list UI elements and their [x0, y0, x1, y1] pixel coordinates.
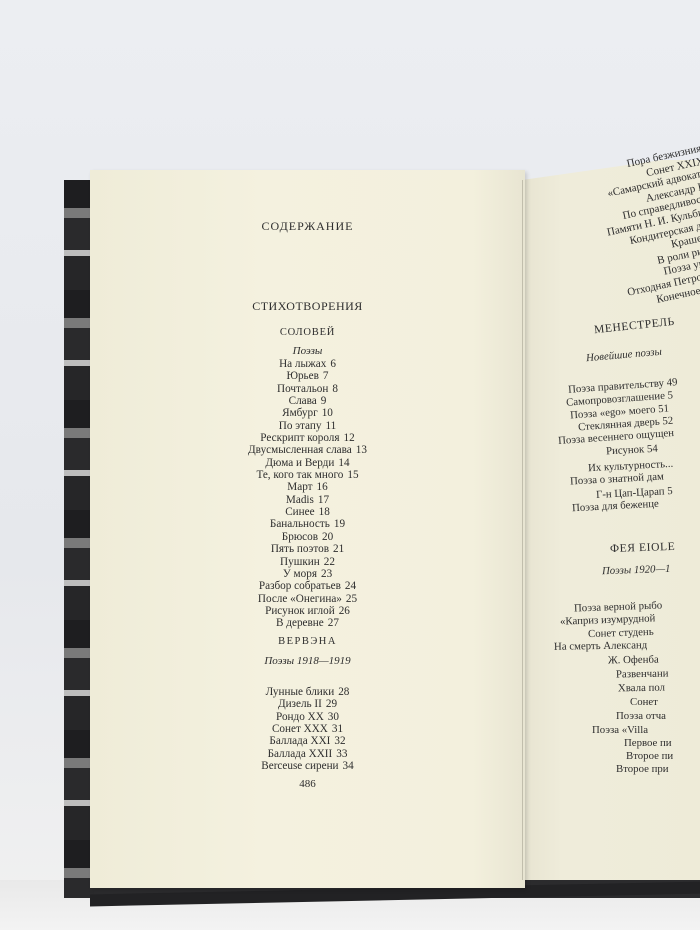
- entry-page: 11: [325, 420, 336, 432]
- cycle-subtitle: Поэзы 1918—1919: [90, 655, 525, 667]
- toc-entry: Berceuse сирени34: [90, 760, 525, 772]
- entry-title: Первое пи: [624, 737, 672, 749]
- entry-title: Развенчани: [616, 668, 669, 681]
- entry-title: Двусмысленная слава: [248, 444, 352, 456]
- toc-entry: На смерть Александ: [554, 639, 647, 653]
- toc-entry: Рисунок иглой26: [90, 605, 525, 617]
- toc-entry: Развенчани: [616, 668, 669, 681]
- entry-title: Сонет XXX: [272, 723, 328, 735]
- toc-entry: Первое пи: [624, 737, 672, 749]
- entry-page: 52: [662, 415, 674, 428]
- entry-title: Баллада XXII: [268, 748, 333, 760]
- entry-page: 13: [356, 444, 367, 456]
- entry-page: 12: [344, 432, 355, 444]
- entry-page: 31: [332, 723, 343, 735]
- entry-title: Рисунок: [606, 443, 645, 457]
- toc-entry: Пушкин22: [90, 556, 525, 568]
- entry-page: 27: [328, 617, 339, 629]
- entry-page: 49: [666, 376, 678, 389]
- toc-entry: По этапу11: [90, 420, 525, 432]
- toc-entry: У моря23: [90, 568, 525, 580]
- entry-title: Те, кого так много: [256, 469, 343, 481]
- toc-list: На лыжах6 Юрьев7 Почтальон8 Слава9 Ямбур…: [90, 358, 525, 630]
- entry-title: Пушкин: [280, 556, 320, 568]
- toc-entry: Madis17: [90, 494, 525, 506]
- section-title: СТИХОТВОРЕНИЯ: [90, 299, 525, 314]
- entry-title: Сонет: [630, 696, 658, 708]
- entry-title: Поэза отча: [616, 710, 666, 722]
- entry-title: Berceuse сирени: [261, 760, 338, 772]
- toc-entry: Сонет студень: [588, 626, 654, 640]
- toc-entry: Рондо XX30: [90, 711, 525, 723]
- toc-entry: Хвала пол: [618, 682, 665, 695]
- toc-entry: Почтальон8: [90, 383, 525, 395]
- toc-entry: Брюсов20: [90, 531, 525, 543]
- entry-page: 33: [336, 748, 347, 760]
- entry-page: 29: [326, 698, 337, 710]
- entry-page: 23: [321, 568, 332, 580]
- entry-page: 54: [647, 443, 658, 456]
- entry-title: Пять поэтов: [271, 543, 329, 555]
- toc-entry: Сонет XXX31: [90, 723, 525, 735]
- toc-entry: Ямбург10: [90, 407, 525, 419]
- entry-title: Баллада XXI: [269, 735, 330, 747]
- entry-page: 17: [318, 494, 329, 506]
- entry-page: 8: [332, 383, 338, 395]
- toc-entry: Второе при: [616, 763, 669, 775]
- entry-page: 15: [347, 469, 358, 481]
- toc-entry: Сонет: [630, 696, 658, 708]
- toc-list: Лунные блики28 Дизель II29 Рондо XX30 Со…: [90, 686, 525, 772]
- toc-entry: Поэза отча: [616, 710, 666, 722]
- entry-title: Юрьев: [286, 370, 318, 382]
- entry-title: Синее: [285, 506, 314, 518]
- cycle-title: ВЕРВЭНА: [90, 636, 525, 647]
- toc-entry: Дюма и Верди14: [90, 457, 525, 469]
- entry-title: Ямбург: [282, 407, 318, 419]
- entry-page: 5: [667, 389, 673, 401]
- entry-title: Madis: [286, 494, 314, 506]
- cycle-title: СОЛОВЕЙ: [90, 327, 525, 338]
- entry-title: Брюсов: [282, 531, 318, 543]
- entry-page: 28: [338, 686, 349, 698]
- entry-title: По этапу: [279, 420, 322, 432]
- toc-entry: Разбор собратьев24: [90, 580, 525, 592]
- entry-page: 14: [338, 457, 349, 469]
- entry-page: 25: [346, 593, 357, 605]
- entry-page: 20: [322, 531, 333, 543]
- toc-entry: Синее18: [90, 506, 525, 518]
- toc-entry: Март16: [90, 481, 525, 493]
- entry-page: 51: [658, 403, 670, 416]
- entry-title: Почтальон: [277, 383, 328, 395]
- entry-page: 19: [334, 518, 345, 530]
- cycle-subtitle: Поэзы: [90, 345, 525, 357]
- toc-header: СОДЕРЖАНИЕ: [90, 219, 525, 234]
- toc-entry: Юрьев7: [90, 370, 525, 382]
- entry-title: Второе при: [616, 763, 669, 775]
- entry-title: Рондо XX: [276, 711, 324, 723]
- toc-entry: Слава9: [90, 395, 525, 407]
- entry-page: 21: [333, 543, 344, 555]
- entry-title: Рисунок иглой: [265, 605, 335, 617]
- entry-title: Дизель II: [278, 698, 322, 710]
- cycle-title: ФЕЯ EIOLE: [610, 541, 676, 555]
- entry-page: 34: [343, 760, 354, 772]
- entry-page: 18: [319, 506, 330, 518]
- page-number: 486: [90, 778, 525, 790]
- entry-title: После «Онегина»: [258, 593, 342, 605]
- entry-title: Второе пи: [626, 750, 673, 762]
- entry-page: 16: [317, 481, 328, 493]
- toc-entry: Поэза «Villa: [592, 724, 648, 736]
- toc-entry: Дизель II29: [90, 698, 525, 710]
- toc-entry: Ж. Офенба: [608, 654, 659, 667]
- entry-title: Лунные блики: [266, 686, 335, 698]
- entry-title: Поэза «Villa: [592, 724, 648, 736]
- entry-title: Слава: [289, 395, 317, 407]
- toc-entry: Лунные блики28: [90, 686, 525, 698]
- entry-page: 26: [339, 605, 350, 617]
- entry-page: 9: [321, 395, 327, 407]
- entry-title: В деревне: [276, 617, 324, 629]
- entry-title: Дюма и Верди: [265, 457, 334, 469]
- entry-title: Хвала пол: [618, 682, 665, 695]
- entry-title: На смерть Александ: [554, 639, 647, 653]
- toc-entry: Баллада XXI32: [90, 735, 525, 747]
- toc-entry: После «Онегина»25: [90, 593, 525, 605]
- toc-entry: Банальность19: [90, 518, 525, 530]
- entry-title: На лыжах: [279, 358, 326, 370]
- toc-entry: В деревне27: [90, 617, 525, 629]
- entry-page: 7: [323, 370, 329, 382]
- toc-entry: Те, кого так много15: [90, 469, 525, 481]
- toc-entry: Рескрипт короля12: [90, 432, 525, 444]
- entry-page: 6: [330, 358, 336, 370]
- toc-entry: Баллада XXII33: [90, 748, 525, 760]
- entry-title: Ж. Офенба: [608, 654, 659, 667]
- entry-title: Рескрипт короля: [260, 432, 339, 444]
- entry-page: 22: [324, 556, 335, 568]
- entry-page: 24: [345, 580, 356, 592]
- toc-entry: Второе пи: [626, 750, 673, 762]
- cycle-subtitle: Поэзы 1920—1: [602, 563, 671, 577]
- entry-title: У моря: [283, 568, 317, 580]
- entry-title: Сонет студень: [588, 626, 654, 640]
- entry-title: Банальность: [270, 518, 330, 530]
- entry-title: Разбор собратьев: [259, 580, 341, 592]
- toc-entry: Двусмысленная слава13: [90, 444, 525, 456]
- entry-title: Март: [287, 481, 312, 493]
- toc-entry: На лыжах6: [90, 358, 525, 370]
- entry-page: 30: [328, 711, 339, 723]
- entry-page: 32: [334, 735, 345, 747]
- entry-page: 10: [322, 407, 333, 419]
- toc-entry: Пять поэтов21: [90, 543, 525, 555]
- entry-page: 5: [667, 485, 673, 497]
